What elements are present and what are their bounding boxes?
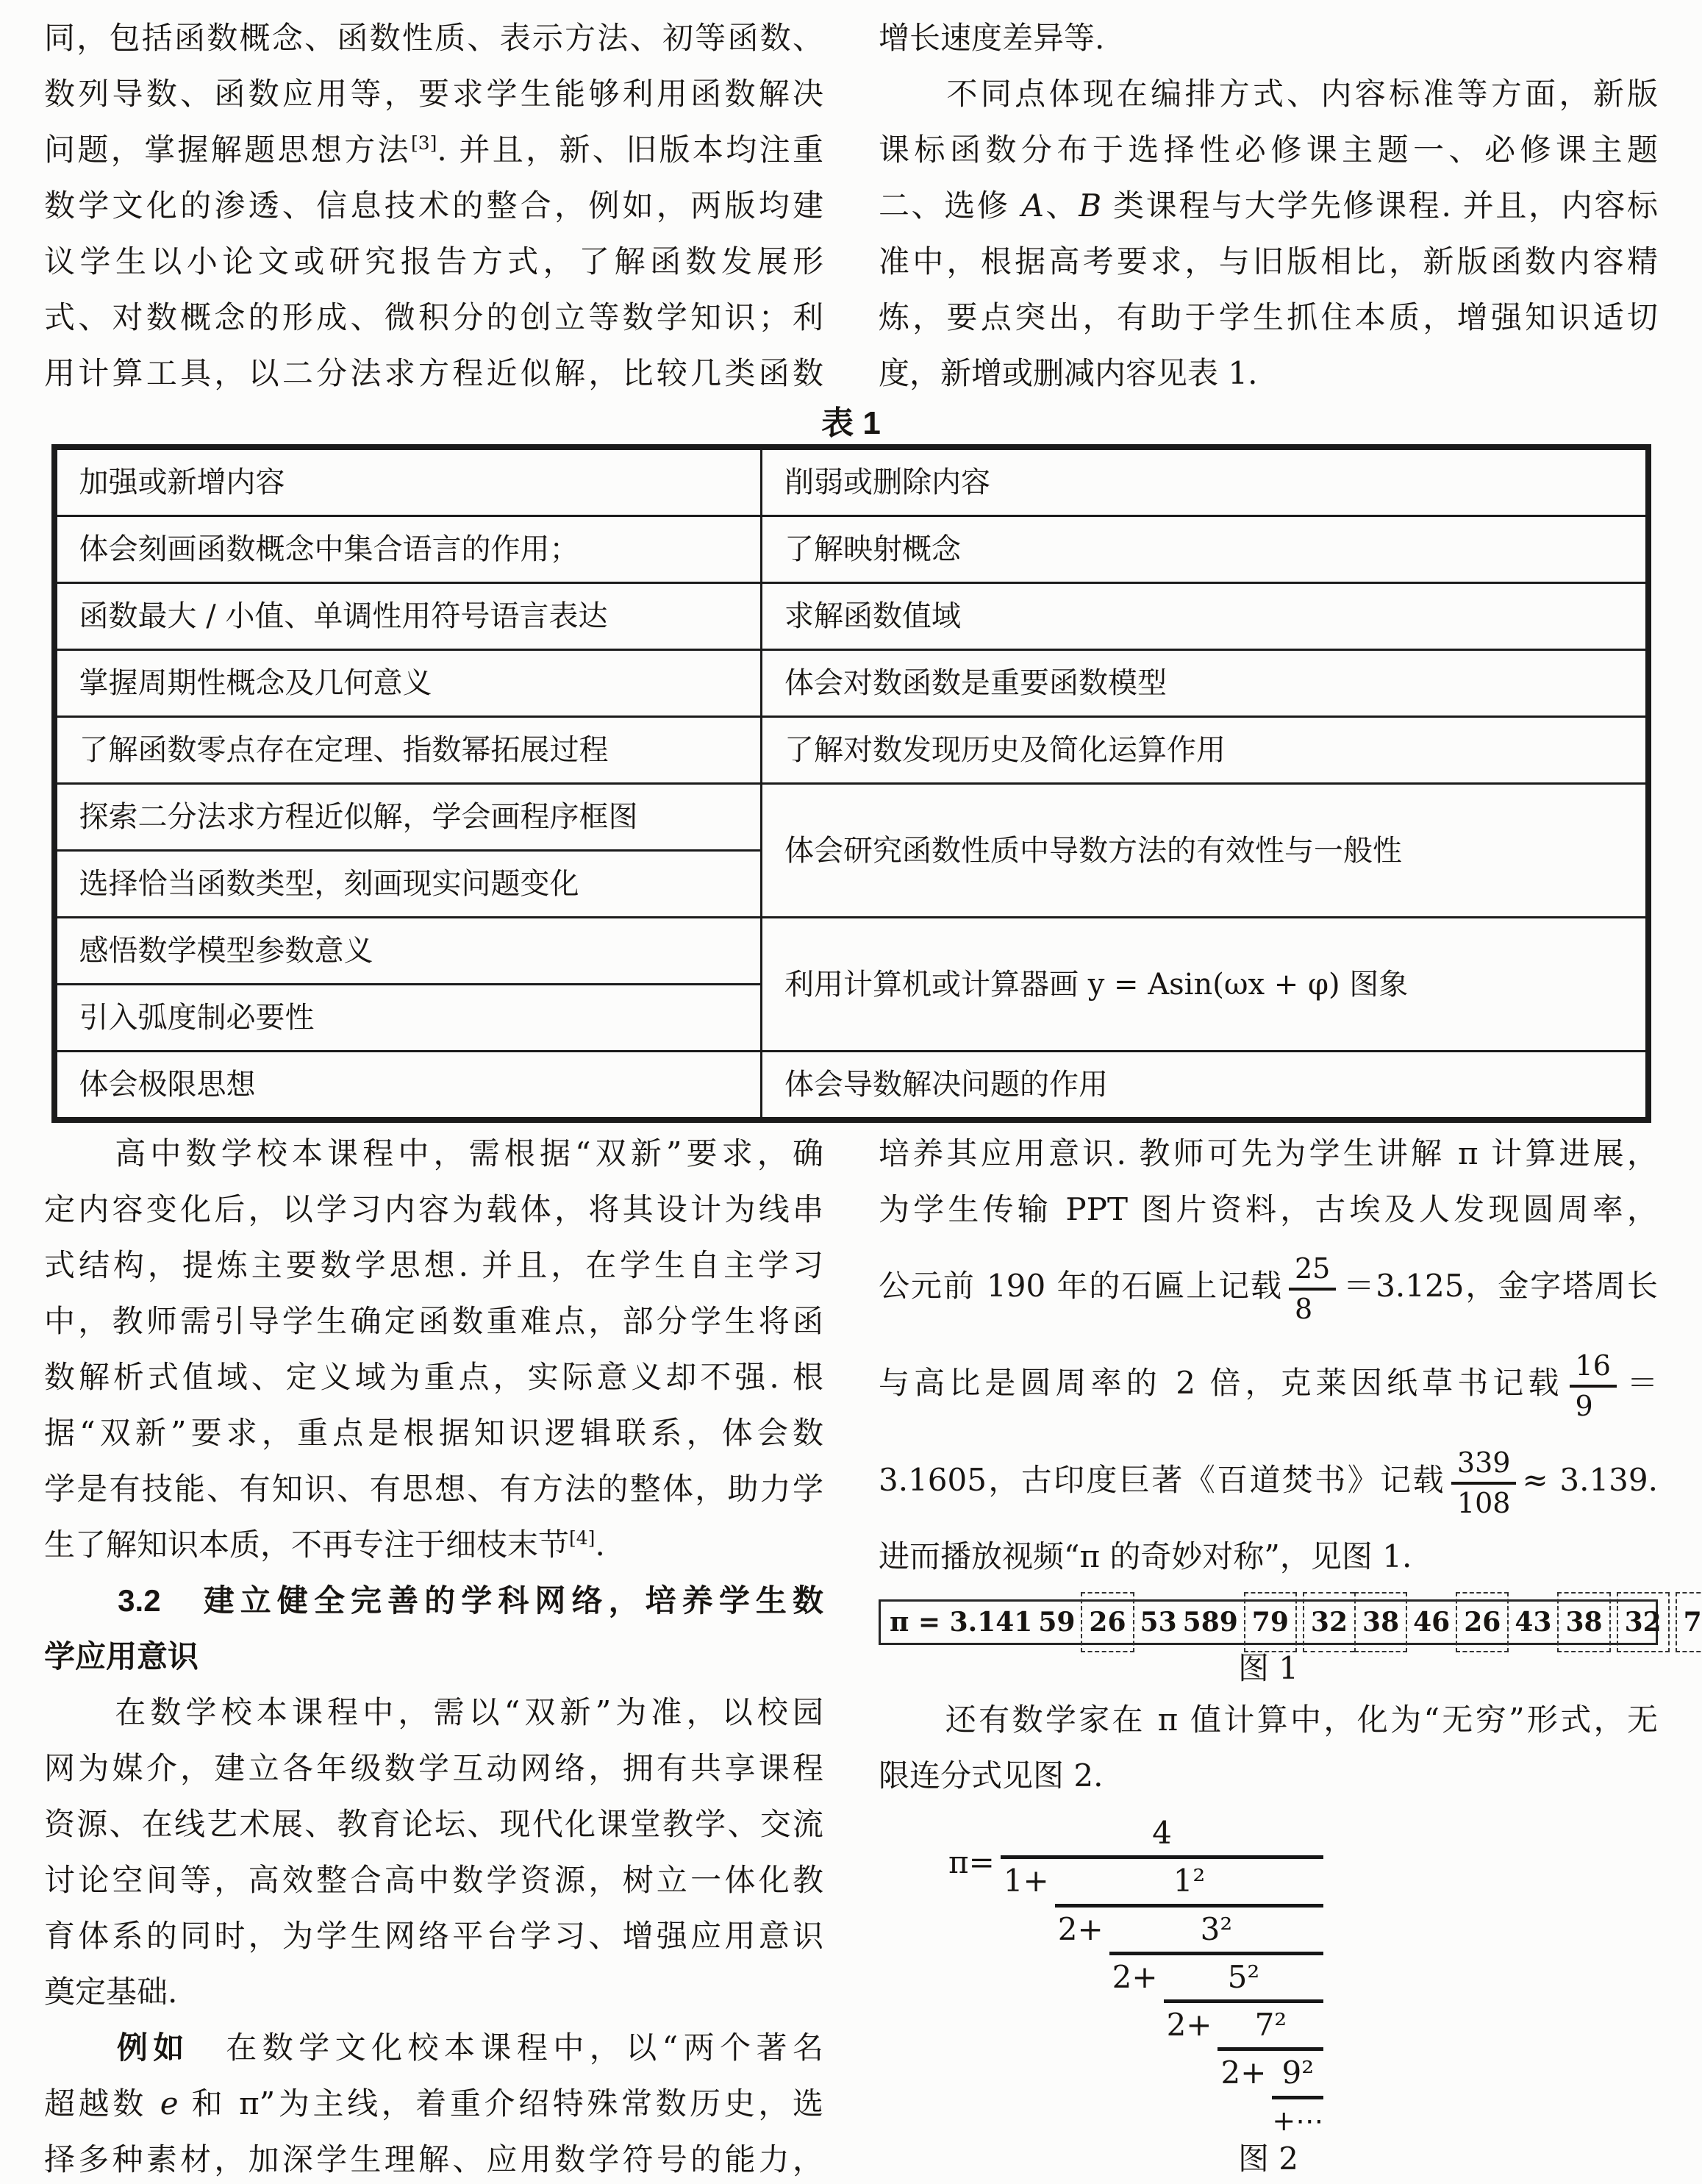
table-cell-left: 函数最大 / 小值、单调性用符号语言表达	[54, 583, 762, 650]
figure-2-caption: 图 2	[879, 2137, 1658, 2181]
fraction-level: 3²2+5²2+7²2+9²+⋯	[1109, 1912, 1324, 2138]
pi-digit-group: 46	[1413, 1607, 1450, 1638]
denominator-term: 1+	[1004, 1863, 1049, 1899]
text-line: 超越数 e 和 π”为主线，着重介绍特殊常数历史，选	[44, 2076, 823, 2132]
text-line: 增长速度差异等.	[879, 10, 1658, 66]
text-segment: 超越数	[44, 2085, 160, 2121]
pi-boxed-digit-group: 79	[1676, 1592, 1702, 1652]
table-row: 感悟数学模型参数意义利用计算机或计算器画 y = Asin(ωx + φ) 图象	[54, 918, 1648, 985]
table-row: 加强或新增内容削弱或删除内容	[54, 447, 1648, 516]
fraction-denominator: 9	[1570, 1388, 1617, 1422]
pi-boxed-digit-group: 32	[1303, 1592, 1354, 1652]
text-line: 奠定基础.	[44, 1964, 823, 2020]
fraction-numerator: 9²	[1272, 2055, 1323, 2099]
table-cell-right: 了解对数发现历史及简化运算作用	[762, 717, 1648, 784]
fraction-denominator: 2+3²2+5²2+7²2+9²+⋯	[1055, 1912, 1324, 2138]
table-cell-right: 利用计算机或计算器画 y = Asin(ωx + φ) 图象	[762, 918, 1648, 1052]
table-row: 探索二分法求方程近似解，学会画程序框图体会研究函数性质中导数方法的有效性与一般性	[54, 784, 1648, 851]
top-left-column: 同，包括函数概念、函数性质、表示方法、初等函数、数列导数、函数应用等，要求学生能…	[44, 10, 823, 402]
table-cell-left: 探索二分法求方程近似解，学会画程序框图	[54, 784, 762, 851]
text-segment: 类课程与大学先修课程. 并且，内容标	[1101, 188, 1658, 224]
text-segment	[44, 2030, 117, 2066]
fraction-denominator: 1+1²2+3²2+5²2+7²2+9²+⋯	[1001, 1863, 1323, 2137]
pi-boxed-digit-group: 26	[1456, 1592, 1509, 1652]
denominator-term: 2+	[1220, 2055, 1266, 2091]
text-line: 式结构，提炼主要数学思想. 并且，在学生自主学习	[44, 1238, 823, 1293]
denominator-term: 2+	[1058, 1912, 1104, 1947]
inline-fraction: 169	[1570, 1349, 1617, 1421]
text-segment: ＝	[1623, 1365, 1658, 1401]
table-row: 体会刻画函数概念中集合语言的作用；了解映射概念	[54, 516, 1648, 583]
text-line: 问题，掌握解题思想方法[3]. 并且，新、旧版本均注重	[44, 122, 823, 178]
text-segment: 、	[1044, 188, 1079, 224]
text-line: 培养其应用意识. 教师可先为学生讲解 π 计算进展，	[879, 1126, 1658, 1182]
fraction-numerator: 1²	[1055, 1863, 1324, 1907]
text-line: 高中数学校本课程中，需根据“双新”要求，确	[44, 1126, 823, 1182]
table-1: 加强或新增内容削弱或删除内容体会刻画函数概念中集合语言的作用；了解映射概念函数最…	[51, 444, 1651, 1123]
mid-right-column: 培养其应用意识. 教师可先为学生讲解 π 计算进展，为学生传输 PPT 图片资料…	[879, 1126, 1658, 2184]
table-cell-left: 掌握周期性概念及几何意义	[54, 650, 762, 717]
text-line: 同，包括函数概念、函数性质、表示方法、初等函数、	[44, 10, 823, 66]
fraction-level: 1²2+3²2+5²2+7²2+9²+⋯	[1055, 1863, 1324, 2137]
text-line: 数列导数、函数应用等，要求学生能够利用函数解决	[44, 66, 823, 122]
table-row: 体会极限思想体会导数解决问题的作用	[54, 1052, 1648, 1121]
text-line: 据“双新”要求，重点是根据知识逻辑联系，体会数	[44, 1405, 823, 1461]
figure-2-formula: π=41+1²2+3²2+5²2+7²2+9²+⋯	[879, 1816, 1658, 2137]
table-caption: 表 1	[0, 403, 1702, 444]
pi-digit-group: 43	[1515, 1607, 1551, 1638]
pi-boxed-digit-group: 38	[1354, 1592, 1407, 1652]
ellipsis-term: +⋯	[1272, 2104, 1323, 2138]
text-line: 3.1605，古印度巨著《百道焚书》记载339108≈ 3.139.	[879, 1432, 1658, 1529]
text-line: 公元前 190 年的石匾上记载258＝3.125，金字塔周长	[879, 1238, 1658, 1335]
text-line: 进而播放视频“π 的奇妙对称”，见图 1.	[879, 1529, 1658, 1585]
denominator-term: 2+	[1167, 2008, 1212, 2043]
text-segment: 问题，掌握解题思想方法	[44, 132, 411, 168]
paragraph-continued-fraction: 还有数学家在 π 值计算中，化为“无穷”形式，无限连分式见图 2.	[879, 1692, 1658, 1804]
text-line: 式、对数概念的形成、微积分的创立等数学知识；利	[44, 290, 823, 346]
table-body: 加强或新增内容削弱或删除内容体会刻画函数概念中集合语言的作用；了解映射概念函数最…	[54, 447, 1648, 1120]
paragraph-pi-history: 培养其应用意识. 教师可先为学生讲解 π 计算进展，为学生传输 PPT 图片资料…	[879, 1126, 1658, 1585]
text-line: 议学生以小论文或研究报告方式，了解函数发展形	[44, 234, 823, 290]
fraction-level: 9²+⋯	[1272, 2055, 1323, 2137]
table-cell-left: 引入弧度制必要性	[54, 985, 762, 1052]
fraction-denominator: 2+5²2+7²2+9²+⋯	[1109, 1960, 1324, 2138]
text-segment: ≈ 3.139.	[1522, 1462, 1658, 1498]
text-line: 生了解知识本质，不再专注于细枝末节[4].	[44, 1517, 823, 1573]
mid-section: 高中数学校本课程中，需根据“双新”要求，确定内容变化后，以学习内容为载体，将其设…	[0, 1126, 1702, 2184]
table-cell-right: 体会导数解决问题的作用	[762, 1052, 1648, 1121]
text-segment: . 并且，新、旧版本均注重	[437, 132, 823, 168]
fraction-level: 5²2+7²2+9²+⋯	[1164, 1960, 1324, 2138]
table-cell-left: 体会刻画函数概念中集合语言的作用；	[54, 516, 762, 583]
fraction-denominator: +⋯	[1272, 2104, 1323, 2138]
text-line: 度，新增或删减内容见表 1.	[879, 346, 1658, 402]
fraction-level: 41+1²2+3²2+5²2+7²2+9²+⋯	[1001, 1816, 1323, 2137]
text-line: 3.2 建立健全完善的学科网络，培养学生数	[44, 1573, 823, 1629]
pi-digit-group: 53	[1140, 1607, 1177, 1638]
table-cell-right: 体会对数函数是重要函数模型	[762, 650, 1648, 717]
fraction-numerator: 4	[1001, 1816, 1323, 1859]
fraction-numerator: 25	[1289, 1252, 1336, 1291]
figure-1-pi-strip: π = 3.14159265358979323846264338327950	[879, 1599, 1658, 1645]
table-cell-right: 削弱或删除内容	[762, 447, 1648, 516]
text-line: 讨论空间等，高效整合高中数学资源，树立一体化教	[44, 1852, 823, 1908]
text-line: 育体系的同时，为学生网络平台学习、增强应用意识	[44, 1908, 823, 1964]
text-line: 二、选修 A、B 类课程与大学先修课程. 并且，内容标	[879, 178, 1658, 234]
text-line: 数解析式值域、定义域为重点，实际意义却不强. 根	[44, 1349, 823, 1405]
pi-boxed-digit-group: 79	[1244, 1592, 1297, 1652]
superscript-reference: [3]	[411, 132, 437, 154]
pi-boxed-digit-group: 26	[1081, 1592, 1134, 1652]
fraction-denominator: 8	[1289, 1291, 1336, 1325]
table-cell-left: 体会极限思想	[54, 1052, 762, 1121]
text-segment: 与高比是圆周率的 2 倍，克莱因纸草书记载	[879, 1365, 1564, 1401]
paper-page: 同，包括函数概念、函数性质、表示方法、初等函数、数列导数、函数应用等，要求学生能…	[0, 0, 1702, 2184]
text-line: 为学生传输 PPT 图片资料，古埃及人发现圆周率，	[879, 1182, 1658, 1238]
text-segment: e	[160, 2085, 179, 2121]
text-segment: B	[1079, 188, 1101, 224]
text-line: 在数学校本课程中，需以“双新”为准，以校园	[44, 1685, 823, 1741]
text-line: 用计算工具，以二分法求方程近似解，比较几类函数	[44, 346, 823, 402]
mid-left-column: 高中数学校本课程中，需根据“双新”要求，确定内容变化后，以学习内容为载体，将其设…	[44, 1126, 823, 2184]
top-right-column: 增长速度差异等. 不同点体现在编排方式、内容标准等方面，新版课标函数分布于选择性…	[879, 10, 1658, 402]
text-segment: 和 π”为主线，着重介绍特殊常数历史，选	[179, 2085, 823, 2121]
pi-equals-lead: π=	[948, 1816, 995, 2137]
fraction-level: 7²2+9²+⋯	[1217, 2008, 1323, 2137]
fraction-numerator: 3²	[1109, 1912, 1324, 1955]
text-line: 与高比是圆周率的 2 倍，克莱因纸草书记载169＝	[879, 1335, 1658, 1432]
text-segment: 在数学文化校本课程中，以“两个著名	[190, 2030, 823, 2066]
text-segment: 生了解知识本质，不再专注于细枝末节	[44, 1527, 569, 1563]
text-line: 限连分式见图 2.	[879, 1748, 1658, 1804]
figure-1-caption: 图 1	[879, 1645, 1658, 1692]
text-line: 数学文化的渗透、信息技术的整合，例如，两版均建	[44, 178, 823, 234]
paragraph-example: 例如 在数学文化校本课程中，以“两个著名超越数 e 和 π”为主线，着重介绍特殊…	[44, 2020, 823, 2184]
text-line: 准中，根据高考要求，与旧版相比，新版函数内容精	[879, 234, 1658, 290]
pi-digit-group: 59	[1038, 1607, 1075, 1638]
text-line: 还有数学家在 π 值计算中，化为“无穷”形式，无	[879, 1692, 1658, 1748]
text-line: 中，教师需引导学生确定函数重难点，部分学生将函	[44, 1293, 823, 1349]
paragraph-network: 在数学校本课程中，需以“双新”为准，以校园网为媒介，建立各年级数学互动网络，拥有…	[44, 1685, 823, 2020]
table-cell-right: 求解函数值域	[762, 583, 1648, 650]
text-segment: A	[1022, 188, 1044, 224]
text-segment: ＝3.125，金字塔周长	[1342, 1268, 1658, 1304]
table-row: 函数最大 / 小值、单调性用符号语言表达求解函数值域	[54, 583, 1648, 650]
table-row: 了解函数零点存在定理、指数幂拓展过程了解对数发现历史及简化运算作用	[54, 717, 1648, 784]
table-cell-left: 加强或新增内容	[54, 447, 762, 516]
pi-digit-group: 589	[1183, 1607, 1238, 1638]
superscript-reference: [4]	[569, 1527, 595, 1549]
text-line: 择多种素材，加深学生理解、应用数学符号的能力，	[44, 2132, 823, 2184]
text-line: 炼，要点突出，有助于学生抓住本质，增强知识适切	[879, 290, 1658, 346]
paragraph-double-new: 高中数学校本课程中，需根据“双新”要求，确定内容变化后，以学习内容为载体，将其设…	[44, 1126, 823, 1573]
fraction-numerator: 339	[1451, 1446, 1517, 1485]
table-cell-left: 感悟数学模型参数意义	[54, 918, 762, 985]
inline-fraction: 339108	[1451, 1446, 1517, 1519]
text-line: 不同点体现在编排方式、内容标准等方面，新版	[879, 66, 1658, 122]
pi-digit-group: π = 3.141	[890, 1607, 1032, 1638]
pi-boxed-digit-group: 38	[1557, 1592, 1610, 1652]
text-line: 课标函数分布于选择性必修课主题一、必修课主题	[879, 122, 1658, 178]
table-cell-left: 选择恰当函数类型，刻画现实问题变化	[54, 851, 762, 918]
table-row: 掌握周期性概念及几何意义体会对数函数是重要函数模型	[54, 650, 1648, 717]
fraction-numerator: 5²	[1164, 1960, 1324, 2003]
fraction-numerator: 7²	[1217, 2008, 1323, 2051]
denominator-term: 2+	[1112, 1960, 1158, 1995]
pi-boxed-digit-group: 32	[1617, 1592, 1670, 1652]
fraction-denominator: 2+7²2+9²+⋯	[1164, 2008, 1324, 2137]
inline-fraction: 258	[1289, 1252, 1336, 1324]
table-cell-left: 了解函数零点存在定理、指数幂拓展过程	[54, 717, 762, 784]
text-segment: 例如	[117, 2030, 190, 2065]
top-section: 同，包括函数概念、函数性质、表示方法、初等函数、数列导数、函数应用等，要求学生能…	[0, 0, 1702, 402]
table-cell-right: 体会研究函数性质中导数方法的有效性与一般性	[762, 784, 1648, 918]
text-line: 定内容变化后，以学习内容为载体，将其设计为线串	[44, 1182, 823, 1238]
text-segment: .	[595, 1527, 604, 1563]
text-line: 资源、在线艺术展、教育论坛、现代化课堂教学、交流	[44, 1796, 823, 1852]
fraction-denominator: 2+9²+⋯	[1217, 2055, 1323, 2137]
fraction-denominator: 108	[1451, 1485, 1517, 1519]
fraction-numerator: 16	[1570, 1349, 1617, 1388]
text-line: 学是有技能、有知识、有思想、有方法的整体，助力学	[44, 1461, 823, 1517]
table-cell-right: 了解映射概念	[762, 516, 1648, 583]
text-segment: 二、选修	[879, 188, 1022, 224]
text-segment: 公元前 190 年的石匾上记载	[879, 1268, 1283, 1304]
text-line: 学应用意识	[44, 1629, 823, 1685]
text-line: 例如 在数学文化校本课程中，以“两个著名	[44, 2020, 823, 2076]
section-heading-3-2: 3.2 建立健全完善的学科网络，培养学生数学应用意识	[44, 1573, 823, 1685]
text-segment: 3.1605，古印度巨著《百道焚书》记载	[879, 1462, 1445, 1498]
text-line: 网为媒介，建立各年级数学互动网络，拥有共享课程	[44, 1741, 823, 1796]
